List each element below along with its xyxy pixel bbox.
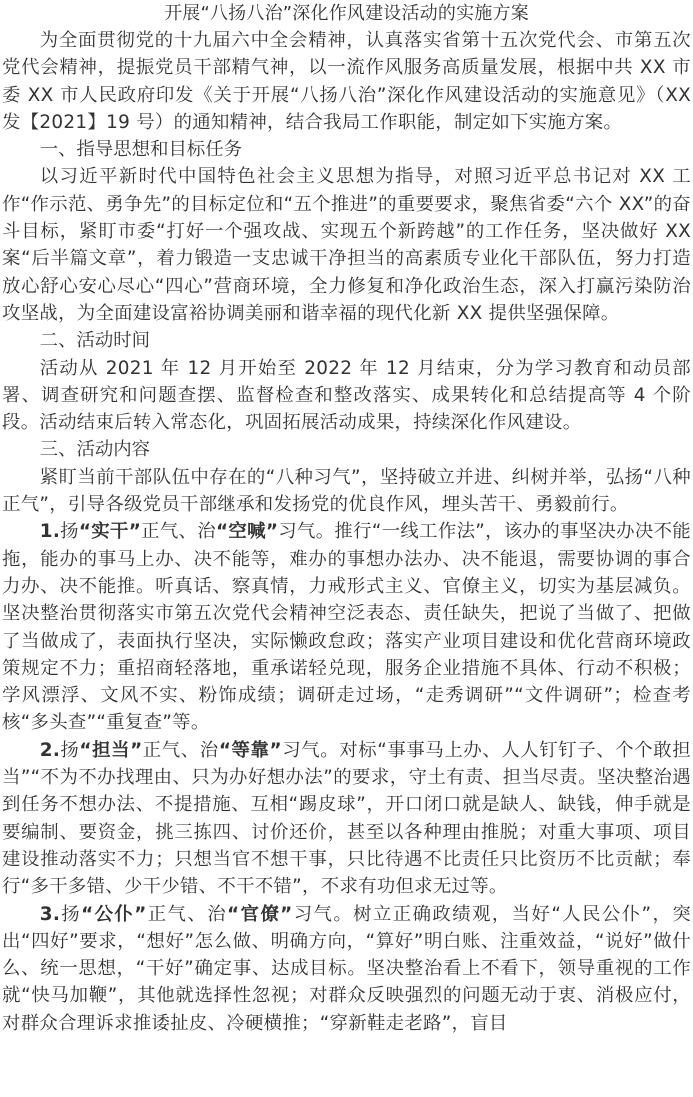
document: 开展“八扬八治”深化作风建设活动的实施方案 为全面贯彻党的十九届六中全会精神，认… [0, 0, 693, 1037]
item-text: 习气。推行“一线工作法”，该办的事坚决办决不能拖，能办的事马上办、决不能等，难办… [2, 521, 691, 733]
item-lead: 扬 [60, 904, 81, 925]
section-heading: 一、指导思想和目标任务 [2, 136, 691, 163]
document-title: 开展“八扬八治”深化作风建设活动的实施方案 [2, 0, 691, 27]
content-item: 1.扬“实干”正气、治“空喊”习气。推行“一线工作法”，该办的事坚决办决不能拖，… [2, 518, 691, 736]
item-lead: 扬 [60, 740, 79, 761]
item-vice: “官僚” [227, 904, 293, 925]
item-number: 2. [40, 740, 60, 761]
item-lead: 正气、治 [147, 904, 227, 925]
content-item: 2.扬“担当”正气、治“等靠”习气。对标“事事马上办、人人钉钉子、个个敢担当”“… [2, 737, 691, 901]
section-body: 活动从 2021 年 12 月开始至 2022 年 12 月结束，分为学习教育和… [2, 355, 691, 437]
intro-paragraph: 为全面贯彻党的十九届六中全会精神，认真落实省第十五次党代会、市第五次党代会精神，… [2, 27, 691, 136]
item-vice: “空喊” [216, 521, 278, 542]
item-lead: 正气、治 [143, 740, 219, 761]
item-lead: 正气、治 [141, 521, 216, 542]
item-number: 3. [40, 904, 60, 925]
section-body: 以习近平新时代中国特色社会主义思想为指导，对照习近平总书记对 XX 工作“作示范… [2, 163, 691, 327]
item-lead: 扬 [60, 521, 79, 542]
section-heading: 二、活动时间 [2, 327, 691, 354]
item-vice: “等靠” [219, 740, 282, 761]
item-number: 1. [40, 521, 60, 542]
item-text: 习气。对标“事事马上办、人人钉钉子、个个敢担当”“不为不办找理由、只为办好想办法… [2, 740, 691, 897]
content-item: 3.扬“公仆”正气、治“官僚”习气。树立正确政绩观，当好“人民公仆”，突出“四好… [2, 901, 691, 1037]
item-virtue: “实干” [79, 521, 141, 542]
item-virtue: “担当” [79, 740, 142, 761]
item-virtue: “公仆” [81, 904, 147, 925]
section-body: 紧盯当前干部队伍中存在的“八种习气”，坚持破立并进、纠树并举，弘扬“八种正气”，… [2, 464, 691, 519]
section-heading: 三、活动内容 [2, 436, 691, 463]
